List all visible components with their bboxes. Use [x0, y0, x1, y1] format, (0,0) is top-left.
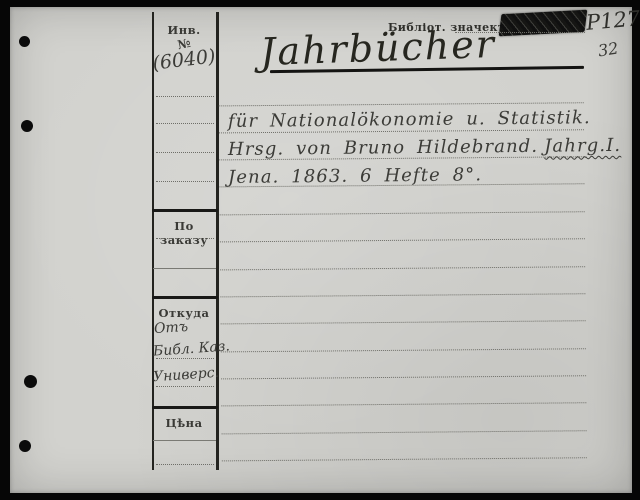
main-dotted-rule [220, 211, 585, 215]
column-dotted-rule [156, 123, 214, 124]
ruled-lines-layer [8, 5, 634, 496]
entry-line-emphasis: Jahrg.I. [544, 135, 621, 157]
section-divider [152, 296, 218, 299]
entry-line-text: Hrsg. von Bruno Hildebrand. [228, 136, 538, 160]
catalog-card: Инв. № (6040) По заказу Откуда Отъ Библ.… [10, 7, 632, 493]
order-label: По заказу [152, 219, 216, 247]
origin-entry-handwritten: Универс. [153, 365, 220, 386]
page-note-handwritten: 32 [597, 39, 620, 61]
column-dotted-rule [156, 152, 214, 153]
column-dotted-rule [156, 181, 214, 182]
origin-entry-handwritten: Отъ [153, 319, 188, 337]
column-dotted-rule [156, 386, 214, 387]
column-dotted-rule [156, 464, 214, 465]
hole-punch [19, 440, 31, 452]
column-dotted-rule [156, 358, 214, 359]
entry-line-handwritten: für Nationalökonomie u. Statistik. [228, 107, 591, 132]
call-number-text: Р127 [585, 6, 640, 35]
entry-title-handwritten: Jahrbücher [257, 22, 498, 74]
hole-punch [21, 120, 33, 132]
main-dotted-rule [221, 320, 586, 324]
column-thin-rule [153, 440, 216, 441]
entry-line-handwritten: Jena. 1863. 6 Hefte 8°. [228, 164, 482, 188]
entry-line-handwritten: Hrsg. von Bruno Hildebrand.Jahrg.I. [228, 135, 621, 160]
main-dotted-rule [220, 238, 585, 242]
main-dotted-rule [219, 102, 584, 106]
call-number-handwritten: Р127m [585, 5, 640, 35]
column-dotted-rule [156, 96, 214, 97]
section-divider [152, 209, 218, 212]
price-label: Цѣна [152, 416, 216, 430]
column-dotted-rule [156, 238, 214, 239]
main-dotted-rule [221, 402, 586, 406]
main-dotted-rule [220, 266, 585, 270]
hole-punch [19, 36, 30, 47]
main-dotted-rule [222, 430, 587, 434]
column-thin-rule [153, 268, 216, 269]
origin-label: Откуда [152, 306, 216, 320]
main-dotted-rule [221, 348, 586, 352]
hole-punch [24, 375, 37, 388]
main-dotted-rule [221, 375, 586, 379]
section-divider [152, 406, 218, 409]
column-rule-right [216, 12, 219, 470]
main-dotted-rule [222, 457, 587, 461]
scanned-catalog-card-page: { "colors": { "paper": "#d2d2ce", "ink":… [0, 0, 640, 500]
main-dotted-rule [220, 293, 585, 297]
